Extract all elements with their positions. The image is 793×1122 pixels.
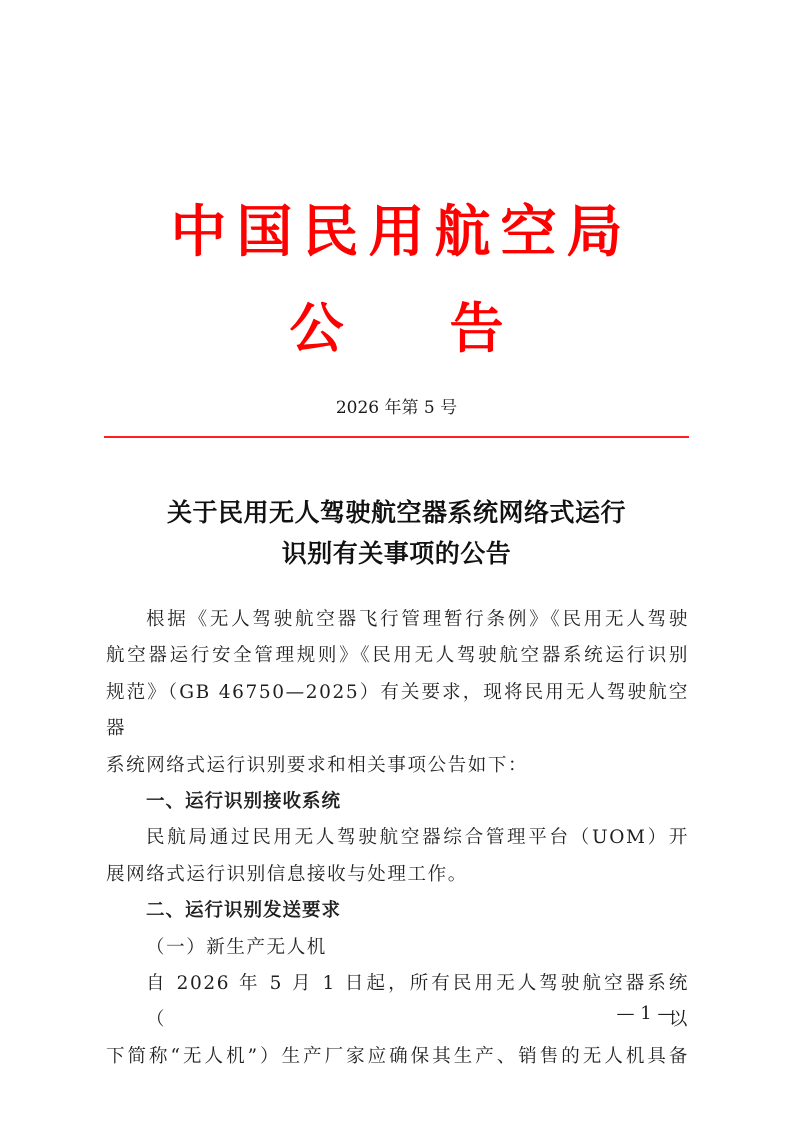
intro-line-2: 航空器运行安全管理规则》《民用无人驾驶航空器系统运行识别 — [106, 638, 689, 674]
section-2-line-2: 下简称“无人机”）生产厂家应确保其生产、销售的无人机具备 — [106, 1039, 689, 1075]
section-2-heading: 二、运行识别发送要求 — [106, 893, 689, 929]
page-number: — 1 — — [606, 1000, 686, 1028]
section-1-heading: 一、运行识别接收系统 — [106, 784, 689, 820]
notice-title-line-2: 识别有关事项的公告 — [0, 539, 793, 569]
intro-line-4: 系统网络式运行识别要求和相关事项公告如下： — [106, 748, 689, 784]
document-type-char-2: 告 — [450, 292, 504, 364]
document-body: 根据《无人驾驶航空器飞行管理暂行条例》《民用无人驾驶 航空器运行安全管理规则》《… — [106, 602, 689, 1075]
document-number: 2026 年第 5 号 — [0, 394, 793, 422]
intro-line-3: 规范》（GB 46750—2025）有关要求，现将民用无人驾驶航空器 — [106, 675, 689, 748]
section-1-line-1: 民航局通过民用无人驾驶航空器综合管理平台（UOM）开 — [106, 820, 689, 856]
issuing-organization-title: 中国民用航空局 — [0, 196, 793, 268]
section-2-paragraph: 自 2026 年 5 月 1 日起，所有民用无人驾驶航空器系统（以 下简称“无人… — [106, 966, 689, 1075]
document-type-title: 公告 — [0, 292, 793, 364]
intro-line-1: 根据《无人驾驶航空器飞行管理暂行条例》《民用无人驾驶 — [106, 602, 689, 638]
document-type-char-1: 公 — [290, 292, 344, 364]
section-2-line-1: 自 2026 年 5 月 1 日起，所有民用无人驾驶航空器系统（以 — [106, 966, 689, 1039]
intro-paragraph: 根据《无人驾驶航空器飞行管理暂行条例》《民用无人驾驶 航空器运行安全管理规则》《… — [106, 602, 689, 784]
section-1-paragraph: 民航局通过民用无人驾驶航空器综合管理平台（UOM）开 展网络式运行识别信息接收与… — [106, 820, 689, 893]
red-divider-line — [104, 436, 689, 438]
section-2-subheading: （一）新生产无人机 — [106, 930, 689, 966]
notice-title-line-1: 关于民用无人驾驶航空器系统网络式运行 — [0, 498, 793, 528]
section-1-line-2: 展网络式运行识别信息接收与处理工作。 — [106, 857, 689, 893]
